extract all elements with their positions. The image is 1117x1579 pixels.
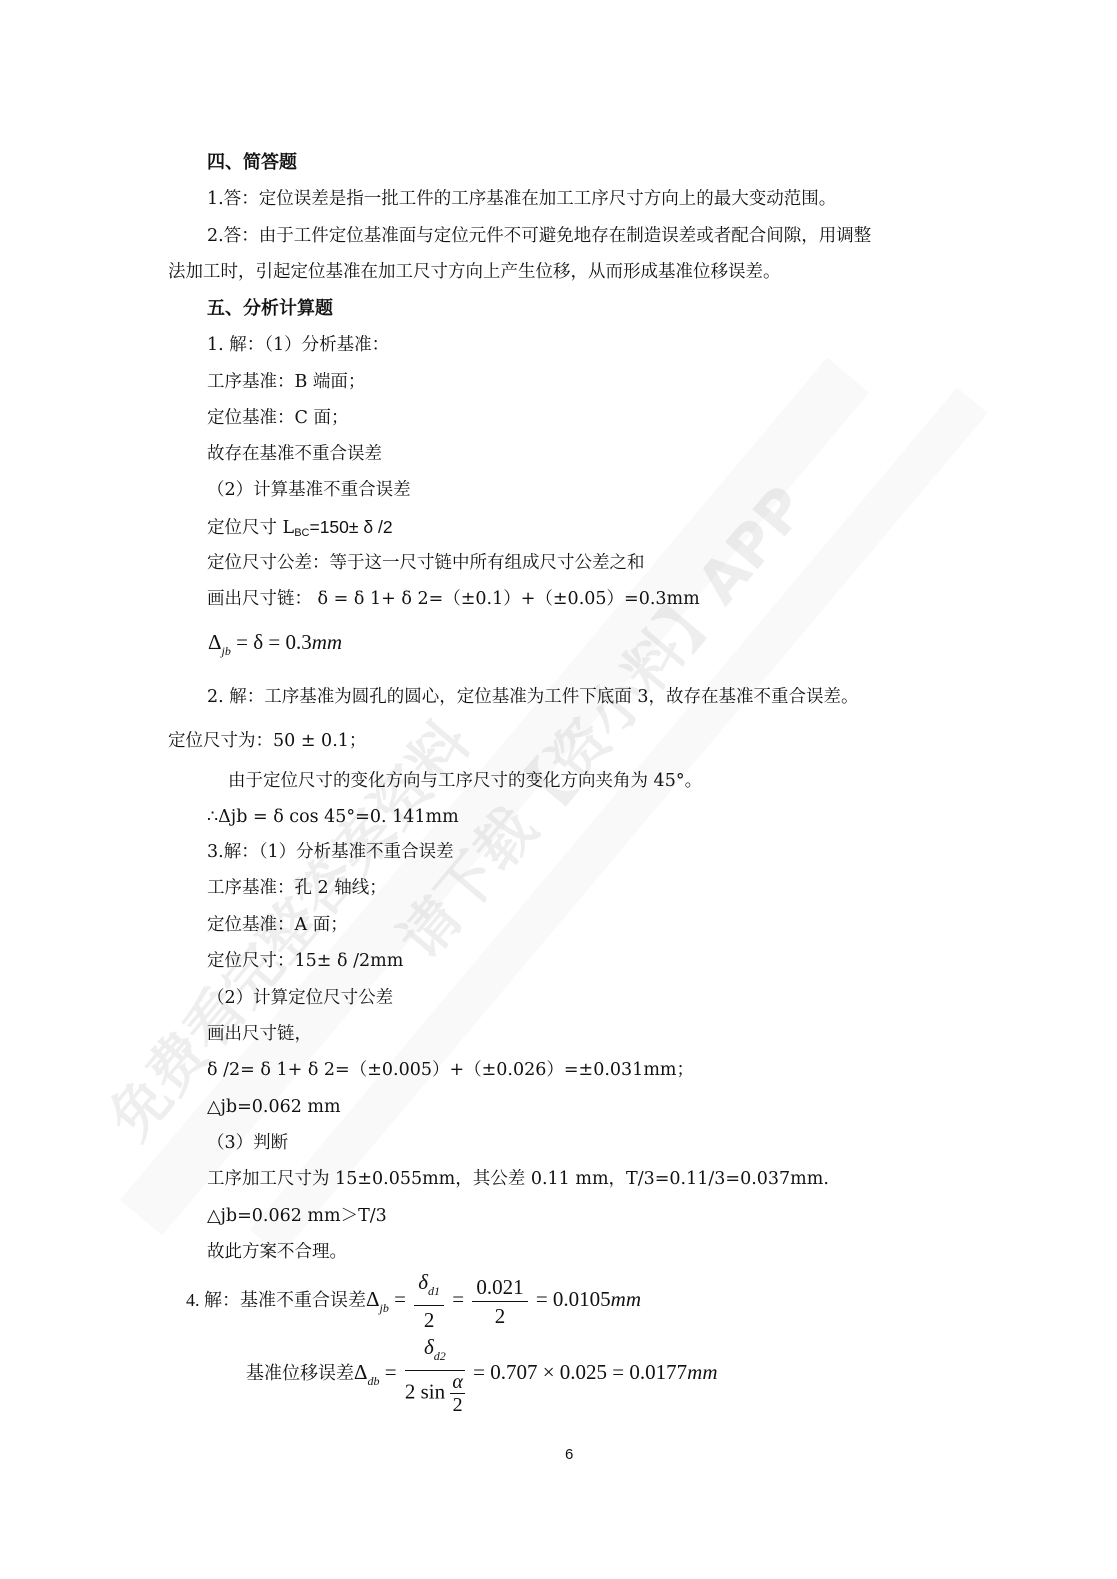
q2-line: 定位尺寸为：50 ± 0.1； [168,729,366,753]
q2-line: 由于定位尺寸的变化方向与工序尺寸的变化方向夹角为 45°。 [228,769,702,793]
q1-line: 故存在基准不重合误差 [207,442,382,466]
equals: = [452,1287,464,1311]
frac-num: δ [424,1335,434,1359]
fraction: δd2 2 sin α2 [405,1333,465,1416]
frac-num-sub: d2 [434,1349,446,1363]
answer-1: 1.答：定位误差是指一批工件的工序基准在加工工序尺寸方向上的最大变动范围。 [207,187,836,211]
q1-line: 1. 解：（1）分析基准： [207,333,389,357]
delta-symbol: Δ [354,1360,368,1384]
q3-line: △jb=0.062 mm＞T/3 [207,1204,387,1228]
q2-line: ∴Δjb = δ cos 45°=0. 141mm [207,805,459,829]
formula-unit: mm [611,1287,641,1311]
q3-line: （3）判断 [207,1131,288,1155]
q1-positioning-dimension: 定位尺寸 LBC=150± δ /2 [207,515,393,545]
q1-dim-subscript: BC [294,527,309,539]
q3-line: 定位基准：A 面； [207,913,348,937]
delta-symbol: Δ [366,1287,380,1311]
equals: = [385,1360,397,1384]
formula-unit: mm [687,1360,717,1384]
q1-line: 画出尺寸链： δ = δ 1+ δ 2=（±0.1）+（±0.05）=0.3mm [207,587,700,611]
frac-den-prefix: 2 sin [405,1379,451,1403]
q3-line: （2）计算定位尺寸公差 [207,986,393,1010]
alpha-over-two: α2 [450,1371,465,1416]
frac-num-sub: d1 [428,1284,440,1298]
result: = 0.0105 [536,1287,611,1311]
frac-num: δ [418,1270,428,1294]
q1-result-formula: Δjb = δ = 0.3mm [208,630,342,663]
q1-line: 工序基准：B 端面； [207,370,365,394]
q3-line: 工序基准：孔 2 轴线； [207,876,387,900]
q2-line: 2. 解：工序基准为圆孔的圆心，定位基准为工件下底面 3，故存在基准不重合误差。 [207,685,858,709]
q1-line: 定位尺寸公差：等于这一尺寸链中所有组成尺寸公差之和 [207,551,645,575]
formula-subscript: jb [222,644,231,658]
section-heading: 五、分析计算题 [207,297,333,321]
document-page: 免费看完整答案资料 请下载【资小料】APP 四、简答题 1.答：定位误差是指一批… [0,0,1117,1579]
section-heading: 四、简答题 [207,151,297,175]
q3-line: 故此方案不合理。 [207,1240,347,1264]
q3-line: 画出尺寸链， [207,1022,312,1046]
q1-line: 定位基准：C 面； [207,406,348,430]
formula-subscript: jb [380,1301,389,1315]
fraction: δd1 2 [414,1268,444,1334]
formula-body: = δ = 0.3 [231,630,312,654]
q3-line: 工序加工尺寸为 15±0.055mm，其公差 0.11 mm，T/3=0.11/… [207,1167,829,1191]
q1-dim-prefix: 定位尺寸 L [207,518,294,538]
result: = 0.707 × 0.025 = 0.0177 [473,1360,687,1384]
fraction: 0.021 2 [472,1273,527,1330]
q3-line: △jb=0.062 mm [207,1095,341,1119]
alpha: α [452,1371,463,1393]
equals: = [394,1287,406,1311]
q3-line: δ /2= δ 1+ δ 2=（±0.005）+（±0.026）=±0.031m… [207,1058,694,1082]
frac-den: 2 [414,1306,444,1334]
frac-den: 2 [472,1302,527,1330]
formula-subscript: db [368,1374,380,1388]
q3-line: 3.解：（1）分析基准不重合误差 [207,840,454,864]
q4-formula-2: 基准位移误差Δdb = δd2 2 sin α2 = 0.707 × 0.025… [246,1332,718,1421]
q4-formula-1: 4. 解：基准不重合误差Δjb = δd1 2 = 0.021 2 = 0.01… [186,1268,641,1338]
q1-dim-suffix: =150± δ /2 [309,517,392,537]
page-number: 6 [565,1446,573,1463]
formula-unit: mm [312,630,342,654]
q4-prefix: 4. 解： [186,1290,240,1310]
answer-2-line2: 法加工时，引起定位基准在加工尺寸方向上产生位移，从而形成基准位移误差。 [168,260,781,284]
frac-num: 0.021 [472,1273,527,1302]
q4-label2: 基准位移误差 [246,1363,354,1383]
two: 2 [450,1394,465,1416]
answer-2-line1: 2.答：由于工件定位基准面与定位元件不可避免地存在制造误差或者配合间隙，用调整 [207,224,871,248]
q4-label1: 基准不重合误差 [240,1290,366,1310]
q1-line: （2）计算基准不重合误差 [207,478,411,502]
delta-symbol: Δ [208,630,222,654]
q3-line: 定位尺寸：15± δ /2mm [207,949,403,973]
